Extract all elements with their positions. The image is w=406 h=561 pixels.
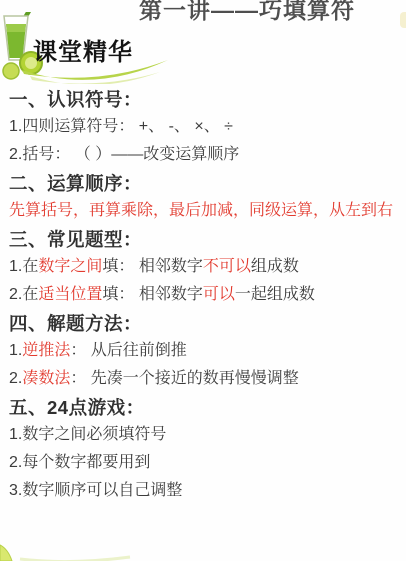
leaf-decoration xyxy=(0,539,140,561)
note-line: 2.在适当位置填： 相邻数字可以一起组成数 xyxy=(9,284,404,306)
section-heading: 四、解题方法： xyxy=(9,312,404,336)
section-heading: 三、常见题型： xyxy=(9,228,404,252)
note-text-segment: 不可以 xyxy=(203,258,251,275)
note-text-segment: ： 先凑一个接近的数再慢慢调整 xyxy=(70,370,298,387)
note-text-segment: 适当位置 xyxy=(38,286,102,303)
section-heading: 一、认识符号： xyxy=(9,88,404,112)
note-text-segment: 可以 xyxy=(203,286,235,303)
note-text-segment: 填： 相邻数字 xyxy=(102,286,202,303)
note-line: 1.在数字之间填： 相邻数字不可以组成数 xyxy=(9,256,404,278)
note-text-segment: 2.每个数字都要用到 xyxy=(9,454,150,471)
note-text-segment: 2.在 xyxy=(9,286,38,303)
banner: 课堂精华 xyxy=(0,12,190,84)
note-text-segment: 3.数字顺序可以自己调整 xyxy=(9,482,182,499)
section-heading: 五、24点游戏： xyxy=(9,396,404,420)
note-text-segment: 填： 相邻数字 xyxy=(102,258,202,275)
banner-label: 课堂精华 xyxy=(33,32,133,67)
note-line: 2.每个数字都要用到 xyxy=(9,452,404,474)
section-heading: 二、运算顺序： xyxy=(9,172,404,196)
note-text-segment: 1.数字之间必须填符号 xyxy=(9,426,166,443)
note-line: 3.数字顺序可以自己调整 xyxy=(9,480,404,502)
note-text-segment: 凑数法 xyxy=(22,370,70,387)
note-line: 1.四则运算符号： +、 -、 ×、 ÷ xyxy=(9,116,404,138)
note-text-segment: 2. xyxy=(9,370,22,387)
note-text-segment: 数字之间 xyxy=(38,258,102,275)
note-text-segment: 组成数 xyxy=(251,258,299,275)
note-line: 1.逆推法： 从后往前倒推 xyxy=(9,340,404,362)
corner-decoration xyxy=(400,12,406,28)
note-text-segment: ： 从后往前倒推 xyxy=(70,342,186,359)
note-text-segment: 2.括号： （ ）——改变运算顺序 xyxy=(9,146,239,163)
note-text-segment: 一起组成数 xyxy=(235,286,315,303)
note-line: 2.括号： （ ）——改变运算顺序 xyxy=(9,144,404,166)
note-text-segment: 先算括号，再算乘除，最后加减，同级运算，从左到右 xyxy=(9,202,393,219)
worksheet-page: { "page": { "title": "第一讲——巧填算符", "banne… xyxy=(0,0,406,561)
note-text-segment: 1.在 xyxy=(9,258,38,275)
note-line: 先算括号，再算乘除，最后加减，同级运算，从左到右 xyxy=(9,200,404,222)
note-text-segment: 1. xyxy=(9,342,22,359)
note-line: 1.数字之间必须填符号 xyxy=(9,424,404,446)
note-text-segment: 1.四则运算符号： +、 -、 ×、 ÷ xyxy=(9,118,233,135)
note-text-segment: 逆推法 xyxy=(22,342,70,359)
notes-content: 一、认识符号：1.四则运算符号： +、 -、 ×、 ÷2.括号： （ ）——改变… xyxy=(9,84,404,508)
note-line: 2.凑数法： 先凑一个接近的数再慢慢调整 xyxy=(9,368,404,390)
